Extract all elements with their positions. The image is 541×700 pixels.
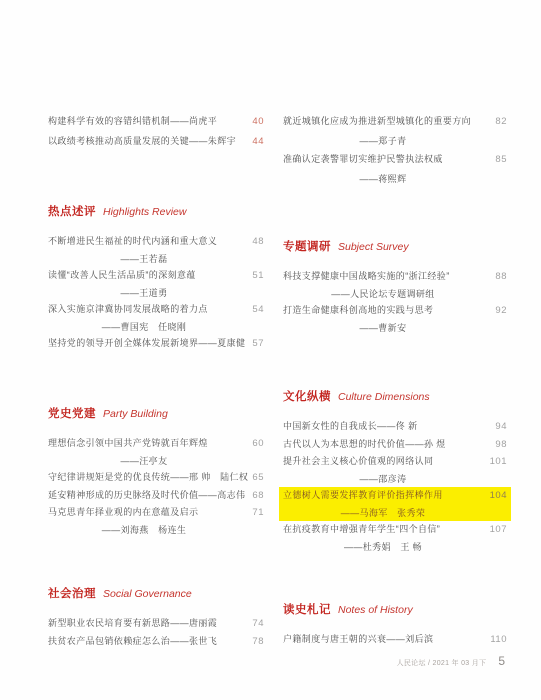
page-number: 98: [483, 437, 507, 454]
page-number: 78: [240, 634, 264, 651]
toc-entry[interactable]: 扶贫农产品包销依赖症怎么治——张世飞 78: [48, 633, 264, 651]
article-title: 在抗疫教育中增强青年学生“四个自信”: [283, 521, 483, 538]
toc-entry-line: 准确认定袭警罪切实维护民警执法权威 85: [283, 150, 507, 170]
toc-entry-line: 以政绩考核推动高质量发展的关键——朱辉宇 44: [48, 132, 264, 152]
article-author: ——人民论坛专题调研组: [283, 286, 507, 303]
section-title-en: Subject Survey: [338, 241, 409, 253]
section-title-en: Notes of History: [338, 604, 413, 616]
toc-entry[interactable]: 古代以人为本思想的时代价值——孙 煜 98: [283, 436, 507, 454]
article-author: ——蒋熙辉: [283, 170, 507, 189]
article-title: 不断增进民生福祉的时代内涵和重大意义: [48, 233, 240, 250]
article-title: 户籍制度与唐王朝的兴衰——刘后滨: [283, 631, 483, 648]
article-title: 立德树人需要发挥教育评价指挥棒作用: [283, 487, 483, 504]
section-title-cn: 热点述评: [48, 206, 96, 218]
section-items: 不断增进民生福祉的时代内涵和重大意义 48 ——王若磊 读懂“改善人民生活品质”…: [48, 233, 264, 353]
article-title: 读懂“改善人民生活品质”的深刻意蕴: [48, 267, 240, 284]
toc-entry[interactable]: 构建科学有效的容错纠错机制——尚虎平 40: [48, 112, 264, 132]
toc-entry[interactable]: 新型职业农民培育要有新思路——唐丽霞 74: [48, 615, 264, 633]
page-number: 74: [240, 616, 264, 633]
section-items: 就近城镇化应成为推进新型城镇化的重要方向 82 ——郑子青 准确认定袭警罪切实维…: [283, 112, 507, 188]
article-author: ——曹国宪 任晓刚: [48, 319, 264, 336]
section-title-cn: 专题调研: [283, 241, 331, 253]
section-header: 社会治理Social Governance: [48, 585, 264, 602]
article-title: 古代以人为本思想的时代价值——孙 煜: [283, 436, 483, 453]
toc-column-left: 构建科学有效的容错纠错机制——尚虎平 40 以政绩考核推动高质量发展的关键——朱…: [48, 0, 264, 700]
page-number: 57: [240, 336, 264, 353]
toc-entry[interactable]: 以政绩考核推动高质量发展的关键——朱辉宇 44: [48, 132, 264, 152]
section-items: 户籍制度与唐王朝的兴衰——刘后滨 110: [283, 631, 507, 649]
article-author: ——王道勇: [48, 285, 264, 302]
toc-entry-line: 扶贫农产品包销依赖症怎么治——张世飞 78: [48, 633, 264, 651]
section-header: 党史党建Party Building: [48, 405, 264, 422]
article-author: ——马海军 张秀荣: [283, 505, 507, 522]
page-number: 104: [483, 488, 507, 505]
toc-entry[interactable]: 不断增进民生福祉的时代内涵和重大意义 48 ——王若磊: [48, 233, 264, 267]
toc-entry-line: 不断增进民生福祉的时代内涵和重大意义 48: [48, 233, 264, 251]
toc-entry[interactable]: 科技支撑健康中国战略实施的“浙江经验” 88 ——人民论坛专题调研组: [283, 268, 507, 302]
page-number: 51: [240, 268, 264, 285]
toc-entry[interactable]: 守纪律讲规矩是党的优良传统——邢 帅 陆仁权 65: [48, 469, 264, 487]
toc-entry-line: 在抗疫教育中增强青年学生“四个自信” 107: [283, 521, 507, 539]
article-author: ——杜秀娟 王 畅: [283, 539, 507, 556]
article-title: 构建科学有效的容错纠错机制——尚虎平: [48, 112, 240, 131]
article-title: 理想信念引领中国共产党铸就百年辉煌: [48, 435, 240, 452]
section-title-cn: 读史札记: [283, 604, 331, 616]
toc-entry[interactable]: 马克思青年择业观的内在意蕴及启示 71 ——刘海燕 杨连生: [48, 504, 264, 538]
article-author: ——汪亭友: [48, 453, 264, 470]
article-author: ——邵彦涛: [283, 471, 507, 488]
toc-entry-line: 马克思青年择业观的内在意蕴及启示 71: [48, 504, 264, 522]
page-number: 60: [240, 436, 264, 453]
page-number: 54: [240, 302, 264, 319]
article-title: 中国新女性的自我成长——佟 新: [283, 418, 483, 435]
toc-entry-line: 中国新女性的自我成长——佟 新 94: [283, 418, 507, 436]
article-title: 延安精神形成的历史脉络及时代价值——高志伟: [48, 487, 240, 504]
section-title-en: Social Governance: [103, 588, 192, 600]
toc-entry[interactable]: 提升社会主义核心价值观的网络认同 101 ——邵彦涛: [283, 453, 507, 487]
toc-entry[interactable]: 读懂“改善人民生活品质”的深刻意蕴 51 ——王道勇: [48, 267, 264, 301]
toc-section: 构建科学有效的容错纠错机制——尚虎平 40 以政绩考核推动高质量发展的关键——朱…: [48, 112, 264, 151]
article-author: ——王若磊: [48, 251, 264, 268]
page-number: 92: [483, 303, 507, 320]
page-number: 88: [483, 269, 507, 286]
article-title: 深入实施京津冀协同发展战略的着力点: [48, 301, 240, 318]
footer-page-number: 5: [498, 654, 505, 668]
page-number: 82: [483, 113, 507, 132]
page-number: 94: [483, 419, 507, 436]
page-number: 65: [240, 470, 264, 487]
page-number: 101: [483, 454, 507, 471]
page-number: 40: [240, 113, 264, 132]
section-items: 构建科学有效的容错纠错机制——尚虎平 40 以政绩考核推动高质量发展的关键——朱…: [48, 112, 264, 151]
article-title: 准确认定袭警罪切实维护民警执法权威: [283, 150, 483, 169]
section-items: 新型职业农民培育要有新思路——唐丽霞 74 扶贫农产品包销依赖症怎么治——张世飞…: [48, 615, 264, 650]
article-title: 守纪律讲规矩是党的优良传统——邢 帅 陆仁权: [48, 469, 240, 486]
toc-section: 专题调研Subject Survey 科技支撑健康中国战略实施的“浙江经验” 8…: [283, 238, 507, 336]
section-title-en: Highlights Review: [103, 206, 186, 218]
toc-entry[interactable]: 在抗疫教育中增强青年学生“四个自信” 107 ——杜秀娟 王 畅: [283, 521, 507, 555]
footer-journal-info: 人民论坛 / 2021 年 03 月下: [397, 658, 487, 668]
section-header: 热点述评Highlights Review: [48, 203, 264, 220]
toc-entry-line: 构建科学有效的容错纠错机制——尚虎平 40: [48, 112, 264, 132]
toc-entry-line: 就近城镇化应成为推进新型城镇化的重要方向 82: [283, 112, 507, 132]
toc-column-right: 就近城镇化应成为推进新型城镇化的重要方向 82 ——郑子青 准确认定袭警罪切实维…: [283, 0, 507, 700]
toc-entry-line: 深入实施京津冀协同发展战略的着力点 54: [48, 301, 264, 319]
toc-entry-line: 打造生命健康科创高地的实践与思考 92: [283, 302, 507, 320]
magazine-toc-page: 构建科学有效的容错纠错机制——尚虎平 40 以政绩考核推动高质量发展的关键——朱…: [0, 0, 541, 700]
article-title: 扶贫农产品包销依赖症怎么治——张世飞: [48, 633, 240, 650]
page-number: 107: [483, 522, 507, 539]
toc-entry[interactable]: 深入实施京津冀协同发展战略的着力点 54 ——曹国宪 任晓刚: [48, 301, 264, 335]
toc-entry[interactable]: 准确认定袭警罪切实维护民警执法权威 85 ——蒋熙辉: [283, 150, 507, 188]
page-number: 85: [483, 151, 507, 170]
toc-entry[interactable]: 就近城镇化应成为推进新型城镇化的重要方向 82 ——郑子青: [283, 112, 507, 150]
article-title: 提升社会主义核心价值观的网络认同: [283, 453, 483, 470]
toc-entry[interactable]: 打造生命健康科创高地的实践与思考 92 ——曹新安: [283, 302, 507, 336]
article-title: 科技支撑健康中国战略实施的“浙江经验”: [283, 268, 483, 285]
section-title-en: Party Building: [103, 408, 168, 420]
toc-entry-line: 户籍制度与唐王朝的兴衰——刘后滨 110: [283, 631, 507, 649]
toc-entry-line: 坚持党的领导开创全媒体发展新境界——夏康健 57: [48, 335, 264, 353]
section-header: 专题调研Subject Survey: [283, 238, 507, 255]
toc-section: 文化纵横Culture Dimensions 中国新女性的自我成长——佟 新 9…: [283, 388, 507, 555]
article-title: 坚持党的领导开创全媒体发展新境界——夏康健: [48, 335, 240, 352]
toc-section: 热点述评Highlights Review 不断增进民生福祉的时代内涵和重大意义…: [48, 203, 264, 353]
toc-entry-line: 立德树人需要发挥教育评价指挥棒作用 104: [283, 487, 507, 505]
article-title: 马克思青年择业观的内在意蕴及启示: [48, 504, 240, 521]
section-items: 中国新女性的自我成长——佟 新 94 古代以人为本思想的时代价值——孙 煜 98…: [283, 418, 507, 555]
toc-entry-line: 科技支撑健康中国战略实施的“浙江经验” 88: [283, 268, 507, 286]
page-number: 71: [240, 505, 264, 522]
article-author: ——郑子青: [283, 132, 507, 151]
article-title: 以政绩考核推动高质量发展的关键——朱辉宇: [48, 132, 240, 151]
toc-entry[interactable]: 户籍制度与唐王朝的兴衰——刘后滨 110: [283, 631, 507, 649]
section-title-en: Culture Dimensions: [338, 391, 430, 403]
toc-entry-line: 读懂“改善人民生活品质”的深刻意蕴 51: [48, 267, 264, 285]
section-items: 理想信念引领中国共产党铸就百年辉煌 60 ——汪亭友 守纪律讲规矩是党的优良传统…: [48, 435, 264, 538]
toc-entry-line: 守纪律讲规矩是党的优良传统——邢 帅 陆仁权 65: [48, 469, 264, 487]
page-number: 44: [240, 133, 264, 152]
toc-section: 社会治理Social Governance 新型职业农民培育要有新思路——唐丽霞…: [48, 585, 264, 650]
toc-entry-line: 新型职业农民培育要有新思路——唐丽霞 74: [48, 615, 264, 633]
toc-section: 读史札记Notes of History 户籍制度与唐王朝的兴衰——刘后滨 11…: [283, 601, 507, 649]
toc-entry[interactable]: 坚持党的领导开创全媒体发展新境界——夏康健 57: [48, 335, 264, 353]
section-title-cn: 文化纵横: [283, 391, 331, 403]
page-number: 68: [240, 488, 264, 505]
toc-entry-line: 延安精神形成的历史脉络及时代价值——高志伟 68: [48, 487, 264, 505]
section-title-cn: 党史党建: [48, 408, 96, 420]
page-footer: 人民论坛 / 2021 年 03 月下 5: [397, 654, 505, 668]
toc-entry[interactable]: 立德树人需要发挥教育评价指挥棒作用 104 ——马海军 张秀荣: [279, 487, 511, 521]
article-title: 新型职业农民培育要有新思路——唐丽霞: [48, 615, 240, 632]
toc-entry[interactable]: 理想信念引领中国共产党铸就百年辉煌 60 ——汪亭友: [48, 435, 264, 469]
article-author: ——曹新安: [283, 320, 507, 337]
section-items: 科技支撑健康中国战略实施的“浙江经验” 88 ——人民论坛专题调研组 打造生命健…: [283, 268, 507, 336]
section-title-cn: 社会治理: [48, 588, 96, 600]
toc-entry[interactable]: 中国新女性的自我成长——佟 新 94: [283, 418, 507, 436]
toc-entry-line: 理想信念引领中国共产党铸就百年辉煌 60: [48, 435, 264, 453]
toc-section: 就近城镇化应成为推进新型城镇化的重要方向 82 ——郑子青 准确认定袭警罪切实维…: [283, 112, 507, 188]
article-title: 就近城镇化应成为推进新型城镇化的重要方向: [283, 112, 483, 131]
toc-entry[interactable]: 延安精神形成的历史脉络及时代价值——高志伟 68: [48, 487, 264, 505]
toc-entry-line: 提升社会主义核心价值观的网络认同 101: [283, 453, 507, 471]
article-author: ——刘海燕 杨连生: [48, 522, 264, 539]
toc-section: 党史党建Party Building 理想信念引领中国共产党铸就百年辉煌 60 …: [48, 405, 264, 538]
section-header: 文化纵横Culture Dimensions: [283, 388, 507, 405]
toc-entry-line: 古代以人为本思想的时代价值——孙 煜 98: [283, 436, 507, 454]
page-number: 48: [240, 234, 264, 251]
page-number: 110: [483, 632, 507, 649]
section-header: 读史札记Notes of History: [283, 601, 507, 618]
article-title: 打造生命健康科创高地的实践与思考: [283, 302, 483, 319]
